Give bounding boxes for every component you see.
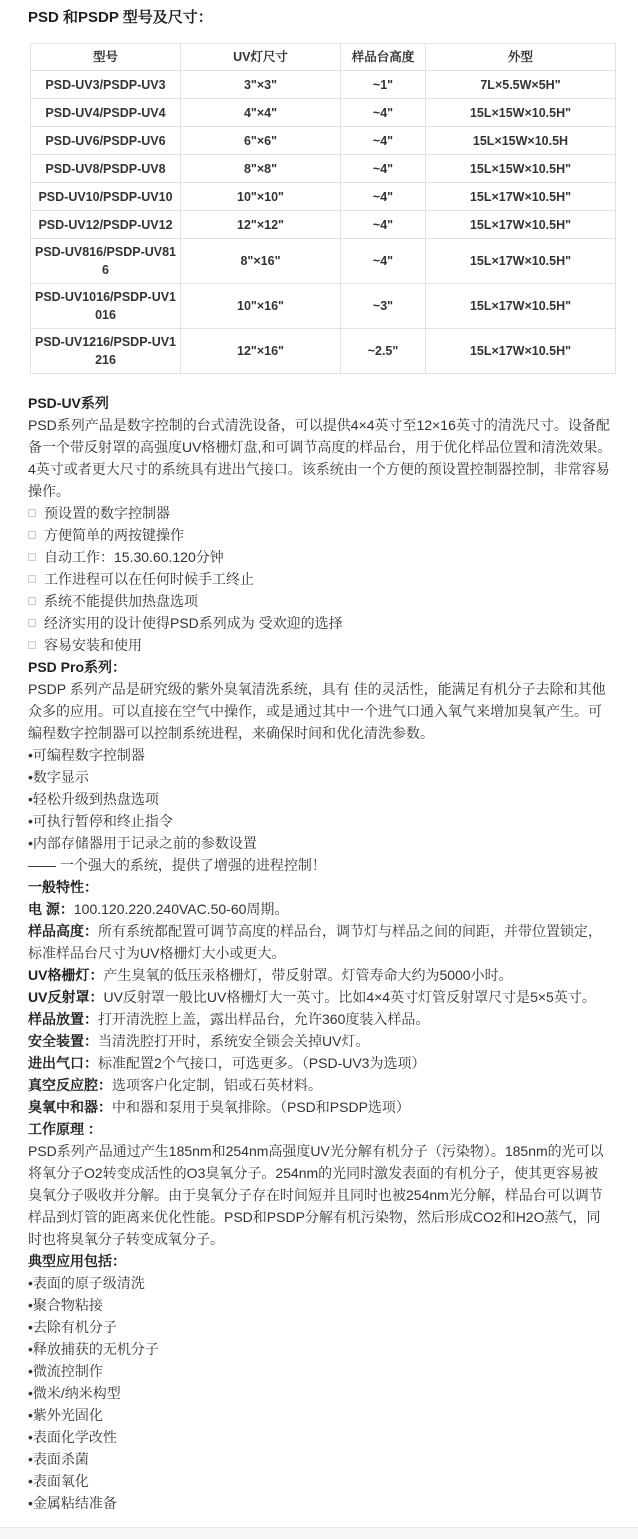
psdp-feature-list: •可编程数字控制器 •数字显示 •轻松升级到热盘选项 •可执行暂停和终止指令 •… bbox=[28, 744, 612, 854]
feature-text: 中和器和泵用于臭氧排除。（PSD和PSDP选项） bbox=[112, 1099, 410, 1115]
cell-size: 15L×15W×10.5H" bbox=[426, 99, 616, 127]
feature-label: 样品放置： bbox=[28, 1011, 98, 1027]
list-item: •表面氧化 bbox=[28, 1470, 612, 1492]
working-principle-heading: 工作原理 ： bbox=[28, 1118, 612, 1140]
list-item: •紫外光固化 bbox=[28, 1404, 612, 1426]
cell-model: PSD-UV3/PSDP-UV3 bbox=[31, 71, 181, 99]
list-item: •可执行暂停和终止指令 bbox=[28, 810, 612, 832]
feature-text: 当清洗腔打开时，系统安全锁会关掉UV灯。 bbox=[98, 1033, 369, 1049]
list-item: •表面化学改性 bbox=[28, 1426, 612, 1448]
applications-list: •表面的原子级清洗 •聚合物粘接 •去除有机分子 •释放捕获的无机分子 •微流控… bbox=[28, 1272, 612, 1514]
list-item-label: 系统不能提供加热盘选项 bbox=[44, 593, 198, 609]
cell-lamp: 12"×12" bbox=[181, 211, 341, 239]
cell-lamp: 4"×4" bbox=[181, 99, 341, 127]
square-bullet-icon bbox=[28, 509, 36, 517]
header-outer-size: 外型 bbox=[426, 44, 616, 71]
psdp-tagline: —— 一个强大的系统，提供了增强的进程控制！ bbox=[28, 854, 612, 876]
list-item: •表面的原子级清洗 bbox=[28, 1272, 612, 1294]
footer-divider bbox=[0, 1527, 638, 1539]
cell-model: PSD-UV12/PSDP-UV12 bbox=[31, 211, 181, 239]
cell-lamp: 10"×16" bbox=[181, 284, 341, 329]
list-item-label: 工作进程可以在任何时候手工终止 bbox=[44, 571, 254, 587]
cell-height: ~4" bbox=[341, 99, 426, 127]
feature-gas-ports: 进出气口：标准配置2个气接口，可选更多。（PSD-UV3为选项） bbox=[28, 1052, 612, 1074]
list-item: •聚合物粘接 bbox=[28, 1294, 612, 1316]
cell-lamp: 3"×3" bbox=[181, 71, 341, 99]
cell-size: 15L×15W×10.5H bbox=[426, 127, 616, 155]
cell-height: ~4" bbox=[341, 127, 426, 155]
psd-series-paragraph: PSD系列产品是数字控制的台式清洗设备，可以提供4×4英寸至12×16英寸的清洗… bbox=[28, 414, 612, 502]
list-item: 预设置的数字控制器 bbox=[28, 502, 612, 524]
feature-text: 选项客户化定制，铝或石英材料。 bbox=[112, 1077, 322, 1093]
feature-label: 电 源： bbox=[28, 901, 74, 917]
list-item: •轻松升级到热盘选项 bbox=[28, 788, 612, 810]
list-item: •金属粘结准备 bbox=[28, 1492, 612, 1514]
working-principle-paragraph: PSD系列产品通过产生185nm和254nm高强度UV光分解有机分子（污染物）。… bbox=[28, 1140, 612, 1250]
cell-lamp: 8"×16" bbox=[181, 239, 341, 284]
feature-vacuum-chamber: 真空反应腔：选项客户化定制，铝或石英材料。 bbox=[28, 1074, 612, 1096]
table-row: PSD-UV4/PSDP-UV4 4"×4" ~4" 15L×15W×10.5H… bbox=[31, 99, 616, 127]
list-item: 经济实用的设计使得PSD系列成为 受欢迎的选择 bbox=[28, 612, 612, 634]
psd-feature-list: 预设置的数字控制器 方便简单的两按键操作 自动工作：15.30.60.120分钟… bbox=[28, 502, 612, 656]
square-bullet-icon bbox=[28, 531, 36, 539]
list-item-label: 预设置的数字控制器 bbox=[44, 505, 170, 521]
feature-label: 安全装置： bbox=[28, 1033, 98, 1049]
cell-model: PSD-UV1016/PSDP-UV1016 bbox=[31, 284, 181, 329]
list-item-label: 方便简单的两按键操作 bbox=[44, 527, 184, 543]
list-item: 工作进程可以在任何时候手工终止 bbox=[28, 568, 612, 590]
cell-size: 15L×15W×10.5H" bbox=[426, 155, 616, 183]
general-features-heading: 一般特性： bbox=[28, 876, 612, 898]
feature-label: 臭氧中和器： bbox=[28, 1099, 112, 1115]
square-bullet-icon bbox=[28, 553, 36, 561]
square-bullet-icon bbox=[28, 641, 36, 649]
cell-size: 15L×17W×10.5H" bbox=[426, 183, 616, 211]
list-item: 容易安装和使用 bbox=[28, 634, 612, 656]
cell-model: PSD-UV8/PSDP-UV8 bbox=[31, 155, 181, 183]
cell-size: 15L×17W×10.5H" bbox=[426, 239, 616, 284]
list-item-label: 自动工作：15.30.60.120分钟 bbox=[44, 549, 224, 565]
feature-text: 产生臭氧的低压汞格栅灯，带反射罩。灯管寿命大约为5000小时。 bbox=[103, 967, 512, 983]
table-header-row: 型号 UV灯尺寸 样品台高度 外型 bbox=[31, 44, 616, 71]
psdp-series-paragraph: PSDP 系列产品是研究级的紫外臭氧清洗系统，具有 佳的灵活性，能满足有机分子去… bbox=[28, 678, 612, 744]
list-item: •数字显示 bbox=[28, 766, 612, 788]
cell-height: ~4" bbox=[341, 155, 426, 183]
list-item: 自动工作：15.30.60.120分钟 bbox=[28, 546, 612, 568]
feature-label: UV格栅灯： bbox=[28, 967, 103, 983]
feature-text: 所有系统都配置可调节高度的样品台，调节灯与样品之间的间距，并带位置锁定，标准样品… bbox=[28, 923, 602, 961]
feature-label: UV反射罩： bbox=[28, 989, 103, 1005]
cell-lamp: 6"×6" bbox=[181, 127, 341, 155]
cell-size: 7L×5.5W×5H" bbox=[426, 71, 616, 99]
feature-uv-reflector: UV反射罩：UV反射罩一般比UV格栅灯大一英寸。比如4×4英寸灯管反射罩尺寸是5… bbox=[28, 986, 612, 1008]
table-row: PSD-UV12/PSDP-UV12 12"×12" ~4" 15L×17W×1… bbox=[31, 211, 616, 239]
header-model: 型号 bbox=[31, 44, 181, 71]
list-item: •内部存储器用于记录之前的参数设置 bbox=[28, 832, 612, 854]
page-title: PSD 和PSDP 型号及尺寸： bbox=[28, 8, 612, 28]
document-body: PSD 和PSDP 型号及尺寸： 型号 UV灯尺寸 样品台高度 外型 PSD-U… bbox=[0, 0, 638, 1514]
list-item: •微米/纳米构型 bbox=[28, 1382, 612, 1404]
cell-model: PSD-UV4/PSDP-UV4 bbox=[31, 99, 181, 127]
model-spec-table: 型号 UV灯尺寸 样品台高度 外型 PSD-UV3/PSDP-UV3 3"×3"… bbox=[30, 43, 616, 374]
feature-label: 样品高度： bbox=[28, 923, 98, 939]
cell-height: ~3" bbox=[341, 284, 426, 329]
cell-model: PSD-UV816/PSDP-UV816 bbox=[31, 239, 181, 284]
header-stage-height: 样品台高度 bbox=[341, 44, 426, 71]
psdp-series-heading: PSD Pro系列： bbox=[28, 656, 612, 678]
table-row: PSD-UV3/PSDP-UV3 3"×3" ~1" 7L×5.5W×5H" bbox=[31, 71, 616, 99]
applications-heading: 典型应用包括： bbox=[28, 1250, 612, 1272]
square-bullet-icon bbox=[28, 597, 36, 605]
square-bullet-icon bbox=[28, 619, 36, 627]
cell-lamp: 8"×8" bbox=[181, 155, 341, 183]
cell-lamp: 10"×10" bbox=[181, 183, 341, 211]
table-row: PSD-UV816/PSDP-UV816 8"×16" ~4" 15L×17W×… bbox=[31, 239, 616, 284]
cell-size: 15L×17W×10.5H" bbox=[426, 211, 616, 239]
list-item-label: 经济实用的设计使得PSD系列成为 受欢迎的选择 bbox=[44, 615, 343, 631]
cell-height: ~1" bbox=[341, 71, 426, 99]
cell-height: ~4" bbox=[341, 183, 426, 211]
cell-lamp: 12"×16" bbox=[181, 329, 341, 374]
list-item: •释放捕获的无机分子 bbox=[28, 1338, 612, 1360]
list-item: 系统不能提供加热盘选项 bbox=[28, 590, 612, 612]
feature-text: 100.120.220.240VAC.50-60周期。 bbox=[74, 901, 289, 917]
list-item: •可编程数字控制器 bbox=[28, 744, 612, 766]
cell-model: PSD-UV10/PSDP-UV10 bbox=[31, 183, 181, 211]
feature-safety: 安全装置：当清洗腔打开时，系统安全锁会关掉UV灯。 bbox=[28, 1030, 612, 1052]
feature-sample-height: 样品高度：所有系统都配置可调节高度的样品台，调节灯与样品之间的间距，并带位置锁定… bbox=[28, 920, 612, 964]
list-item: 方便简单的两按键操作 bbox=[28, 524, 612, 546]
feature-text: UV反射罩一般比UV格栅灯大一英寸。比如4×4英寸灯管反射罩尺寸是5×5英寸。 bbox=[103, 989, 595, 1005]
cell-height: ~4" bbox=[341, 211, 426, 239]
cell-model: PSD-UV1216/PSDP-UV1216 bbox=[31, 329, 181, 374]
feature-uv-grid-lamp: UV格栅灯：产生臭氧的低压汞格栅灯，带反射罩。灯管寿命大约为5000小时。 bbox=[28, 964, 612, 986]
cell-height: ~2.5" bbox=[341, 329, 426, 374]
list-item: •表面杀菌 bbox=[28, 1448, 612, 1470]
table-row: PSD-UV10/PSDP-UV10 10"×10" ~4" 15L×17W×1… bbox=[31, 183, 616, 211]
feature-sample-placement: 样品放置：打开清洗腔上盖，露出样品台，允许360度装入样品。 bbox=[28, 1008, 612, 1030]
cell-model: PSD-UV6/PSDP-UV6 bbox=[31, 127, 181, 155]
feature-text: 标准配置2个气接口，可选更多。（PSD-UV3为选项） bbox=[98, 1055, 425, 1071]
cell-height: ~4" bbox=[341, 239, 426, 284]
table-row: PSD-UV1016/PSDP-UV1016 10"×16" ~3" 15L×1… bbox=[31, 284, 616, 329]
list-item: •微流控制作 bbox=[28, 1360, 612, 1382]
list-item: •去除有机分子 bbox=[28, 1316, 612, 1338]
cell-size: 15L×17W×10.5H" bbox=[426, 284, 616, 329]
psd-series-heading: PSD-UV系列 bbox=[28, 392, 612, 414]
table-row: PSD-UV6/PSDP-UV6 6"×6" ~4" 15L×15W×10.5H bbox=[31, 127, 616, 155]
square-bullet-icon bbox=[28, 575, 36, 583]
feature-label: 真空反应腔： bbox=[28, 1077, 112, 1093]
feature-ozone-neutralizer: 臭氧中和器：中和器和泵用于臭氧排除。（PSD和PSDP选项） bbox=[28, 1096, 612, 1118]
list-item-label: 容易安装和使用 bbox=[44, 637, 142, 653]
header-lamp-size: UV灯尺寸 bbox=[181, 44, 341, 71]
feature-text: 打开清洗腔上盖，露出样品台，允许360度装入样品。 bbox=[98, 1011, 429, 1027]
table-row: PSD-UV8/PSDP-UV8 8"×8" ~4" 15L×15W×10.5H… bbox=[31, 155, 616, 183]
table-row: PSD-UV1216/PSDP-UV1216 12"×16" ~2.5" 15L… bbox=[31, 329, 616, 374]
feature-power: 电 源：100.120.220.240VAC.50-60周期。 bbox=[28, 898, 612, 920]
cell-size: 15L×17W×10.5H" bbox=[426, 329, 616, 374]
feature-label: 进出气口： bbox=[28, 1055, 98, 1071]
